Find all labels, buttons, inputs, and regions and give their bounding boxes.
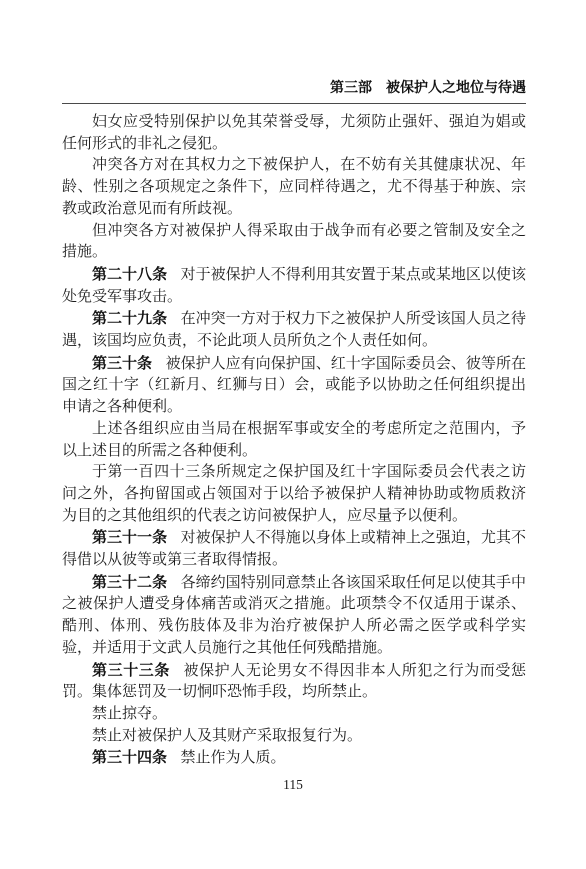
document-page: 第三部被保护人之地位与待遇 妇女应受特别保护以免其荣誉受辱，尤须防止强奸、强迫为… (0, 0, 586, 869)
article-number: 第三十四条 (92, 749, 181, 766)
paragraph: 但冲突各方对被保护人得采取由于战争而有必要之管制及安全之措施。 (62, 221, 526, 264)
paragraph-text: 冲突各方对在其权力之下被保护人，在不妨有关其健康状况、年龄、性别之各项规定之条件… (62, 157, 526, 216)
paragraph: 禁止对被保护人及其财产采取报复行为。 (62, 726, 526, 748)
header-section-label: 第三部 (330, 79, 372, 95)
article-number: 第三十三条 (92, 662, 183, 679)
paragraph: 妇女应受特别保护以免其荣誉受辱，尤须防止强奸、强迫为娼或任何形式的非礼之侵犯。 (62, 112, 526, 155)
paragraph-text: 但冲突各方对被保护人得采取由于战争而有必要之管制及安全之措施。 (62, 223, 526, 261)
paragraph: 第三十四条禁止作为人质。 (62, 747, 526, 770)
page-body: 妇女应受特别保护以免其荣誉受辱，尤须防止强奸、强迫为娼或任何形式的非礼之侵犯。 … (62, 112, 526, 770)
paragraph-text: 禁止对被保护人及其财产采取报复行为。 (92, 728, 362, 744)
paragraph: 第三十条被保护人应有向保护国、红十字国际委员会、彼等所在国之红十字（红新月、红狮… (62, 353, 526, 419)
paragraph: 禁止掠夺。 (62, 704, 526, 726)
paragraph-text: 于第一百四十三条所规定之保护国及红十字国际委员会代表之访问之外，各拘留国或占领国… (62, 464, 526, 523)
article-number: 第三十二条 (92, 574, 181, 591)
paragraph: 第二十九条在冲突一方对于权力下之被保护人所受该国人员之待遇，该国均应负责，不论此… (62, 308, 526, 352)
paragraph-text: 上述各组织应由当局在根据军事或安全的考虑所定之范围内，予以上述目的所需之各种便利… (62, 421, 526, 459)
paragraph-text: 禁止作为人质。 (181, 750, 286, 766)
paragraph: 上述各组织应由当局在根据军事或安全的考虑所定之范围内，予以上述目的所需之各种便利… (62, 419, 526, 462)
paragraph: 第三十二条各缔约国特别同意禁止各该国采取任何足以使其手中之被保护人遭受身体痛苦或… (62, 572, 526, 660)
article-number: 第二十八条 (92, 266, 181, 283)
article-number: 第三十一条 (92, 529, 181, 546)
running-header: 第三部被保护人之地位与待遇 (62, 80, 526, 104)
paragraph-text: 禁止掠夺。 (92, 706, 167, 722)
article-number: 第三十条 (92, 355, 166, 372)
page-number: 115 (0, 777, 586, 793)
paragraph-text: 妇女应受特别保护以免其荣誉受辱，尤须防止强奸、强迫为娼或任何形式的非礼之侵犯。 (62, 114, 526, 152)
paragraph: 第三十三条被保护人无论男女不得因非本人所犯之行为而受惩罚。集体惩罚及一切恫吓恐怖… (62, 660, 526, 704)
paragraph: 冲突各方对在其权力之下被保护人，在不妨有关其健康状况、年龄、性别之各项规定之条件… (62, 155, 526, 220)
paragraph: 第二十八条对于被保护人不得利用其安置于某点或某地区以使该处免受军事攻击。 (62, 264, 526, 308)
header-title: 被保护人之地位与待遇 (386, 79, 526, 95)
article-number: 第二十九条 (92, 310, 181, 327)
paragraph: 于第一百四十三条所规定之保护国及红十字国际委员会代表之访问之外，各拘留国或占领国… (62, 462, 526, 527)
paragraph: 第三十一条对被保护人不得施以身体上或精神上之强迫，尤其不得借以从彼等或第三者取得… (62, 527, 526, 571)
